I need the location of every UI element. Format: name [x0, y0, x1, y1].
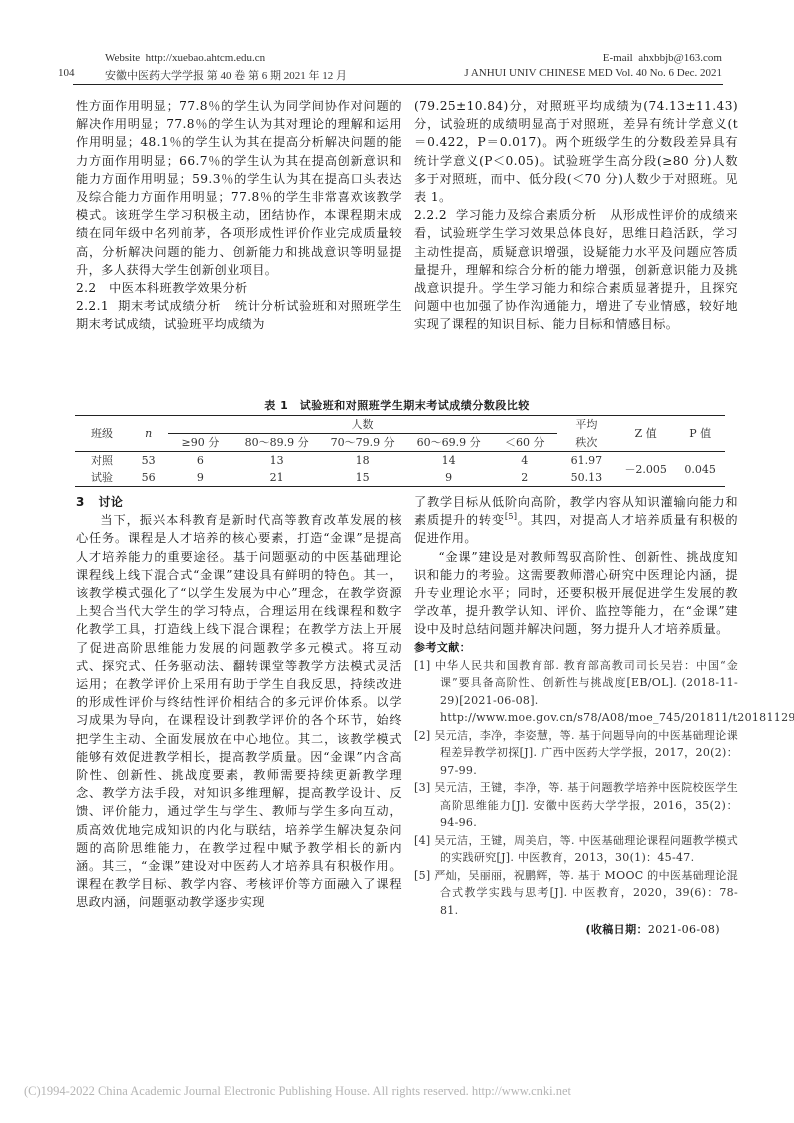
col-header-n: n: [129, 416, 168, 452]
table-row: 对照 53 6 13 18 14 4 61.97 －2.005 0.045: [75, 452, 725, 470]
website-label: Website: [105, 52, 140, 64]
cell-avg-rank: 50.13: [557, 469, 616, 487]
col-header-avg-rank-1: 平均: [557, 416, 616, 434]
col-header-band-70: 70～79.9 分: [321, 434, 405, 452]
discussion-paragraph-2: “金课”建设是对教师驾驭高阶性、创新性、挑战度知识和能力的考验。这需要教师潜心研…: [414, 548, 738, 639]
cell-band: 18: [321, 452, 405, 470]
section-number-2-2-2: 2.2.2: [414, 208, 447, 222]
left-column-top: 性方面作用明显；77.8％的学生认为同学间协作对问题的解决作用明显；77.8％的…: [76, 97, 402, 334]
col-header-band-90: ≥90 分: [168, 434, 232, 452]
reference-item: [4] 吴元洁，王键，周美启，等. 中医基础理论课程问题教学模式的实践研究[J]…: [414, 832, 738, 867]
section-heading-3: 3 讨论: [76, 493, 402, 511]
col-header-p: P 值: [675, 416, 725, 452]
section-number-2-2-1: 2.2.1: [76, 299, 109, 313]
ability-analysis-paragraph: 2.2.2 学习能力及综合素质分析 从形成性评价的成绩来看，试验班学生学习效果总…: [414, 206, 738, 333]
cell-band: 9: [404, 469, 492, 487]
cell-n: 56: [129, 469, 168, 487]
reference-item: [5] 严灿，吴丽丽，祝鹏辉，等. 基于 MOOC 的中医基础理论混合式教学实践…: [414, 867, 738, 920]
table-caption: 表 1 试验班和对照班学生期末考试成绩分数段比较: [0, 397, 794, 413]
reference-item: [3] 吴元洁，王键，李净，等. 基于问题教学培养中医院校医学生高阶思维能力[J…: [414, 779, 738, 832]
cell-band: 13: [232, 452, 320, 470]
section-title-3: 讨论: [98, 495, 123, 509]
cell-p-value: 0.045: [675, 452, 725, 487]
ability-analysis-text: 从形成性评价的成绩来看，试验班学生学习效果总体良好，思维日趋活跃，学习主动性提高…: [414, 208, 738, 331]
col-header-band-60: 60～69.9 分: [404, 434, 492, 452]
cell-band: 21: [232, 469, 320, 487]
cell-n: 53: [129, 452, 168, 470]
cell-band: 15: [321, 469, 405, 487]
cell-band: 2: [493, 469, 557, 487]
journal-title-cn: 安徽中医药大学学报 第 40 卷 第 6 期 2021 年 12 月: [105, 67, 347, 83]
section-heading-2-2: 2.2 中医本科班教学效果分析: [76, 279, 402, 297]
discussion-paragraph-1-continued: 了教学目标从低阶向高阶，教学内容从知识灌输向能力和素质提升的转变[5]。其四，对…: [414, 493, 738, 548]
col-header-z: Z 值: [616, 416, 675, 452]
cell-class: 试验: [75, 469, 129, 487]
email-address[interactable]: ahxbbjb@163.com: [638, 52, 722, 64]
right-column-top: (79.25±10.84)分，对照班平均成绩为(74.13±11.43)分，试验…: [414, 97, 738, 334]
received-date: (收稿日期：2021-06-08): [414, 921, 738, 939]
reference-item: [2] 吴元洁，李净，李姿慧，等. 基于问题导向的中医基础理论课程差异教学初探[…: [414, 727, 738, 780]
cell-band: 14: [404, 452, 492, 470]
section-heading-2-2-1: 期末考试成绩分析: [118, 299, 221, 313]
col-header-count-group: 人数: [168, 416, 556, 434]
page-number: 104: [58, 67, 75, 79]
email-line: E-mail ahxbbjb@163.com: [603, 52, 722, 64]
discussion-paragraph-1: 当下，振兴本科教育是新时代高等教育改革发展的核心任务。课程是人才培养的核心要素，…: [76, 511, 402, 911]
score-table: 班级 n 人数 平均 Z 值 P 值 ≥90 分 80～89.9 分 70～79…: [75, 415, 725, 487]
email-label: E-mail: [603, 52, 633, 64]
copyright-footer: (C)1994-2022 China Academic Journal Elec…: [24, 1084, 571, 1099]
cell-z-value: －2.005: [616, 452, 675, 487]
left-column-bottom: 3 讨论 当下，振兴本科教育是新时代高等教育改革发展的核心任务。课程是人才培养的…: [76, 493, 402, 912]
cell-avg-rank: 61.97: [557, 452, 616, 470]
survey-results-paragraph: 性方面作用明显；77.8％的学生认为同学间协作对问题的解决作用明显；77.8％的…: [76, 97, 402, 279]
cell-band: 9: [168, 469, 232, 487]
section-number-3: 3: [76, 495, 85, 509]
col-header-class: 班级: [75, 416, 129, 452]
website-line: Website http://xuebao.ahtcm.edu.cn: [105, 52, 265, 64]
reference-item: [1] 中华人民共和国教育部. 教育部高教司司长吴岩：中国“金课”要具备高阶性、…: [414, 657, 738, 727]
header-rule: [73, 84, 723, 85]
website-url[interactable]: http://xuebao.ahtcm.edu.cn: [146, 52, 265, 64]
citation-link[interactable]: [5]: [505, 512, 518, 521]
col-header-avg-rank-2: 秩次: [557, 434, 616, 452]
cell-band: 6: [168, 452, 232, 470]
cell-band: 4: [493, 452, 557, 470]
exam-results-paragraph: (79.25±10.84)分，对照班平均成绩为(74.13±11.43)分，试验…: [414, 97, 738, 206]
col-header-band-80: 80～89.9 分: [232, 434, 320, 452]
section-heading-2-2-2: 学习能力及综合素质分析: [456, 208, 597, 222]
received-date-value: 2021-06-08): [648, 923, 720, 936]
received-label: (收稿日期：: [585, 923, 647, 936]
cell-class: 对照: [75, 452, 129, 470]
col-header-band-lt60: ＜60 分: [493, 434, 557, 452]
exam-analysis-paragraph: 2.2.1 期末考试成绩分析 统计分析试验班和对照班学生期末考试成绩，试验班平均…: [76, 297, 402, 333]
references-heading: 参考文献：: [414, 639, 738, 657]
journal-title-en: J ANHUI UNIV CHINESE MED Vol. 40 No. 6 D…: [464, 67, 722, 79]
right-column-bottom: 了教学目标从低阶向高阶，教学内容从知识灌输向能力和素质提升的转变[5]。其四，对…: [414, 493, 738, 940]
